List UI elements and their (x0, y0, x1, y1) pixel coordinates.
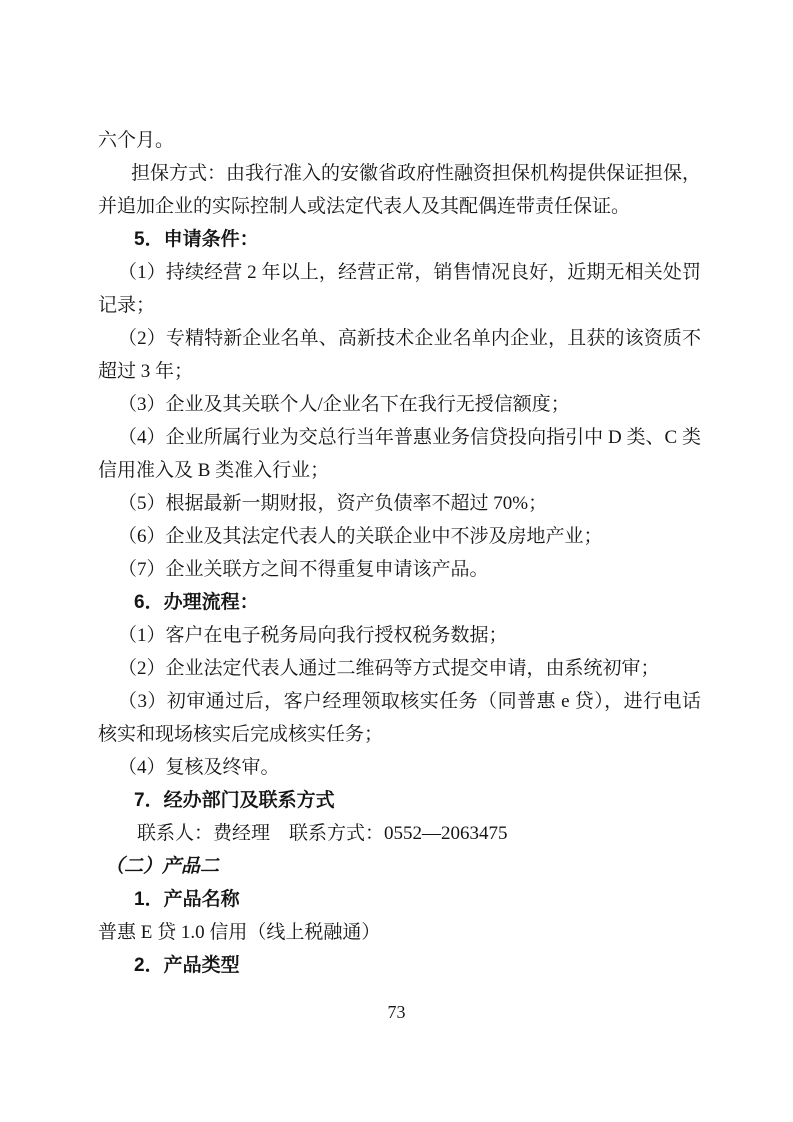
condition-item-7: （7）企业关联方之间不得重复申请该产品。 (98, 553, 701, 586)
paragraph-continuation: 六个月。 (98, 124, 701, 157)
contact-info-line: 联系人：费经理 联系方式：0552—2063475 (98, 817, 701, 850)
heading-section-product-2: （二）产品二 (98, 850, 701, 883)
condition-item-1: （1）持续经营 2 年以上，经营正常，销售情况良好，近期无相关处罚记录； (98, 256, 701, 322)
condition-item-5: （5）根据最新一期财报，资产负债率不超过 70%； (98, 487, 701, 520)
process-item-4: （4）复核及终审。 (98, 751, 701, 784)
heading-6-process: 6．办理流程： (98, 586, 701, 619)
product-name-text: 普惠 E 贷 1.0 信用（线上税融通） (98, 916, 701, 949)
document-body: 六个月。 担保方式：由我行准入的安徽省政府性融资担保机构提供保证担保，并追加企业… (98, 124, 701, 982)
page-number: 73 (0, 1000, 793, 1024)
heading-5-application-conditions: 5．申请条件： (98, 223, 701, 256)
condition-item-4: （4）企业所属行业为交总行当年普惠业务信贷投向指引中 D 类、C 类信用准入及 … (98, 421, 701, 487)
paragraph-guarantee-method: 担保方式：由我行准入的安徽省政府性融资担保机构提供保证担保，并追加企业的实际控制… (98, 157, 701, 223)
document-page: 六个月。 担保方式：由我行准入的安徽省政府性融资担保机构提供保证担保，并追加企业… (0, 0, 793, 1122)
heading-2-product-type: 2．产品类型 (98, 949, 701, 982)
process-item-1: （1）客户在电子税务局向我行授权税务数据； (98, 619, 701, 652)
condition-item-2: （2）专精特新企业名单、高新技术企业名单内企业，且获的该资质不超过 3 年； (98, 322, 701, 388)
process-item-3: （3）初审通过后，客户经理领取核实任务（同普惠 e 贷），进行电话核实和现场核实… (98, 685, 701, 751)
heading-1-product-name: 1．产品名称 (98, 883, 701, 916)
process-item-2: （2）企业法定代表人通过二维码等方式提交申请，由系统初审； (98, 652, 701, 685)
heading-7-contact-department: 7．经办部门及联系方式 (98, 784, 701, 817)
condition-item-6: （6）企业及其法定代表人的关联企业中不涉及房地产业； (98, 520, 701, 553)
condition-item-3: （3）企业及其关联个人/企业名下在我行无授信额度； (98, 388, 701, 421)
